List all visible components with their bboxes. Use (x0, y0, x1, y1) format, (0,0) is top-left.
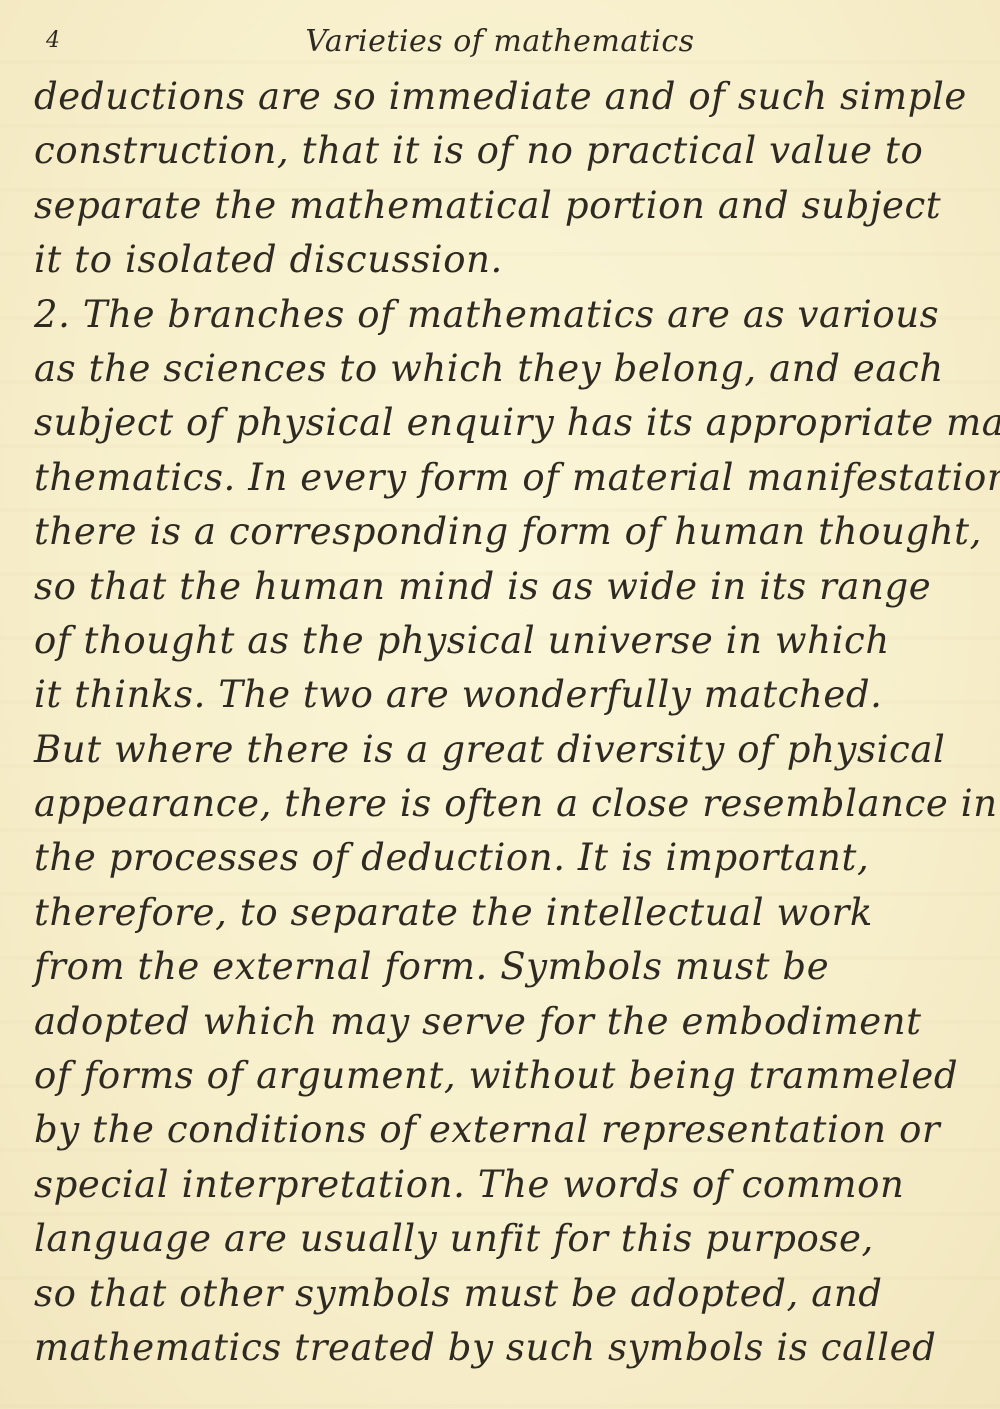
text-line: separate the mathematical portion and su… (34, 179, 980, 233)
text-line: 2. The branches of mathematics are as va… (34, 288, 980, 342)
text-line: so that other symbols must be adopted, a… (34, 1267, 980, 1321)
text-line: special interpretation. The words of com… (34, 1158, 980, 1212)
page-header: 4 Varieties of mathematics (40, 22, 960, 62)
text-line: appearance, there is often a close resem… (34, 777, 980, 831)
text-line: construction, that it is of no practical… (34, 124, 980, 178)
text-line: deductions are so immediate and of such … (34, 70, 980, 124)
text-line: But where there is a great diversity of … (34, 723, 980, 777)
text-line: thematics. In every form of material man… (34, 451, 980, 505)
text-line: adopted which may serve for the embodime… (34, 995, 980, 1049)
text-line: the processes of deduction. It is import… (34, 831, 980, 885)
text-line: language are usually unfit for this purp… (34, 1212, 980, 1266)
text-line: by the conditions of external representa… (34, 1103, 980, 1157)
running-title: Varieties of mathematics (40, 24, 960, 59)
text-line: as the sciences to which they belong, an… (34, 342, 980, 396)
text-line: therefore, to separate the intellectual … (34, 886, 980, 940)
text-line: there is a corresponding form of human t… (34, 505, 980, 559)
text-line: of forms of argument, without being tram… (34, 1049, 980, 1103)
text-line: so that the human mind is as wide in its… (34, 560, 980, 614)
text-line: of thought as the physical universe in w… (34, 614, 980, 668)
manuscript-page: 4 Varieties of mathematics deductions ar… (0, 0, 1000, 1409)
handwritten-body: deductions are so immediate and of such … (34, 70, 980, 1375)
text-line: it to isolated discussion. (34, 233, 980, 287)
text-line: it thinks. The two are wonderfully match… (34, 668, 980, 722)
text-line: subject of physical enquiry has its appr… (34, 396, 980, 450)
text-line: mathematics treated by such symbols is c… (34, 1321, 980, 1375)
text-line: from the external form. Symbols must be (34, 940, 980, 994)
